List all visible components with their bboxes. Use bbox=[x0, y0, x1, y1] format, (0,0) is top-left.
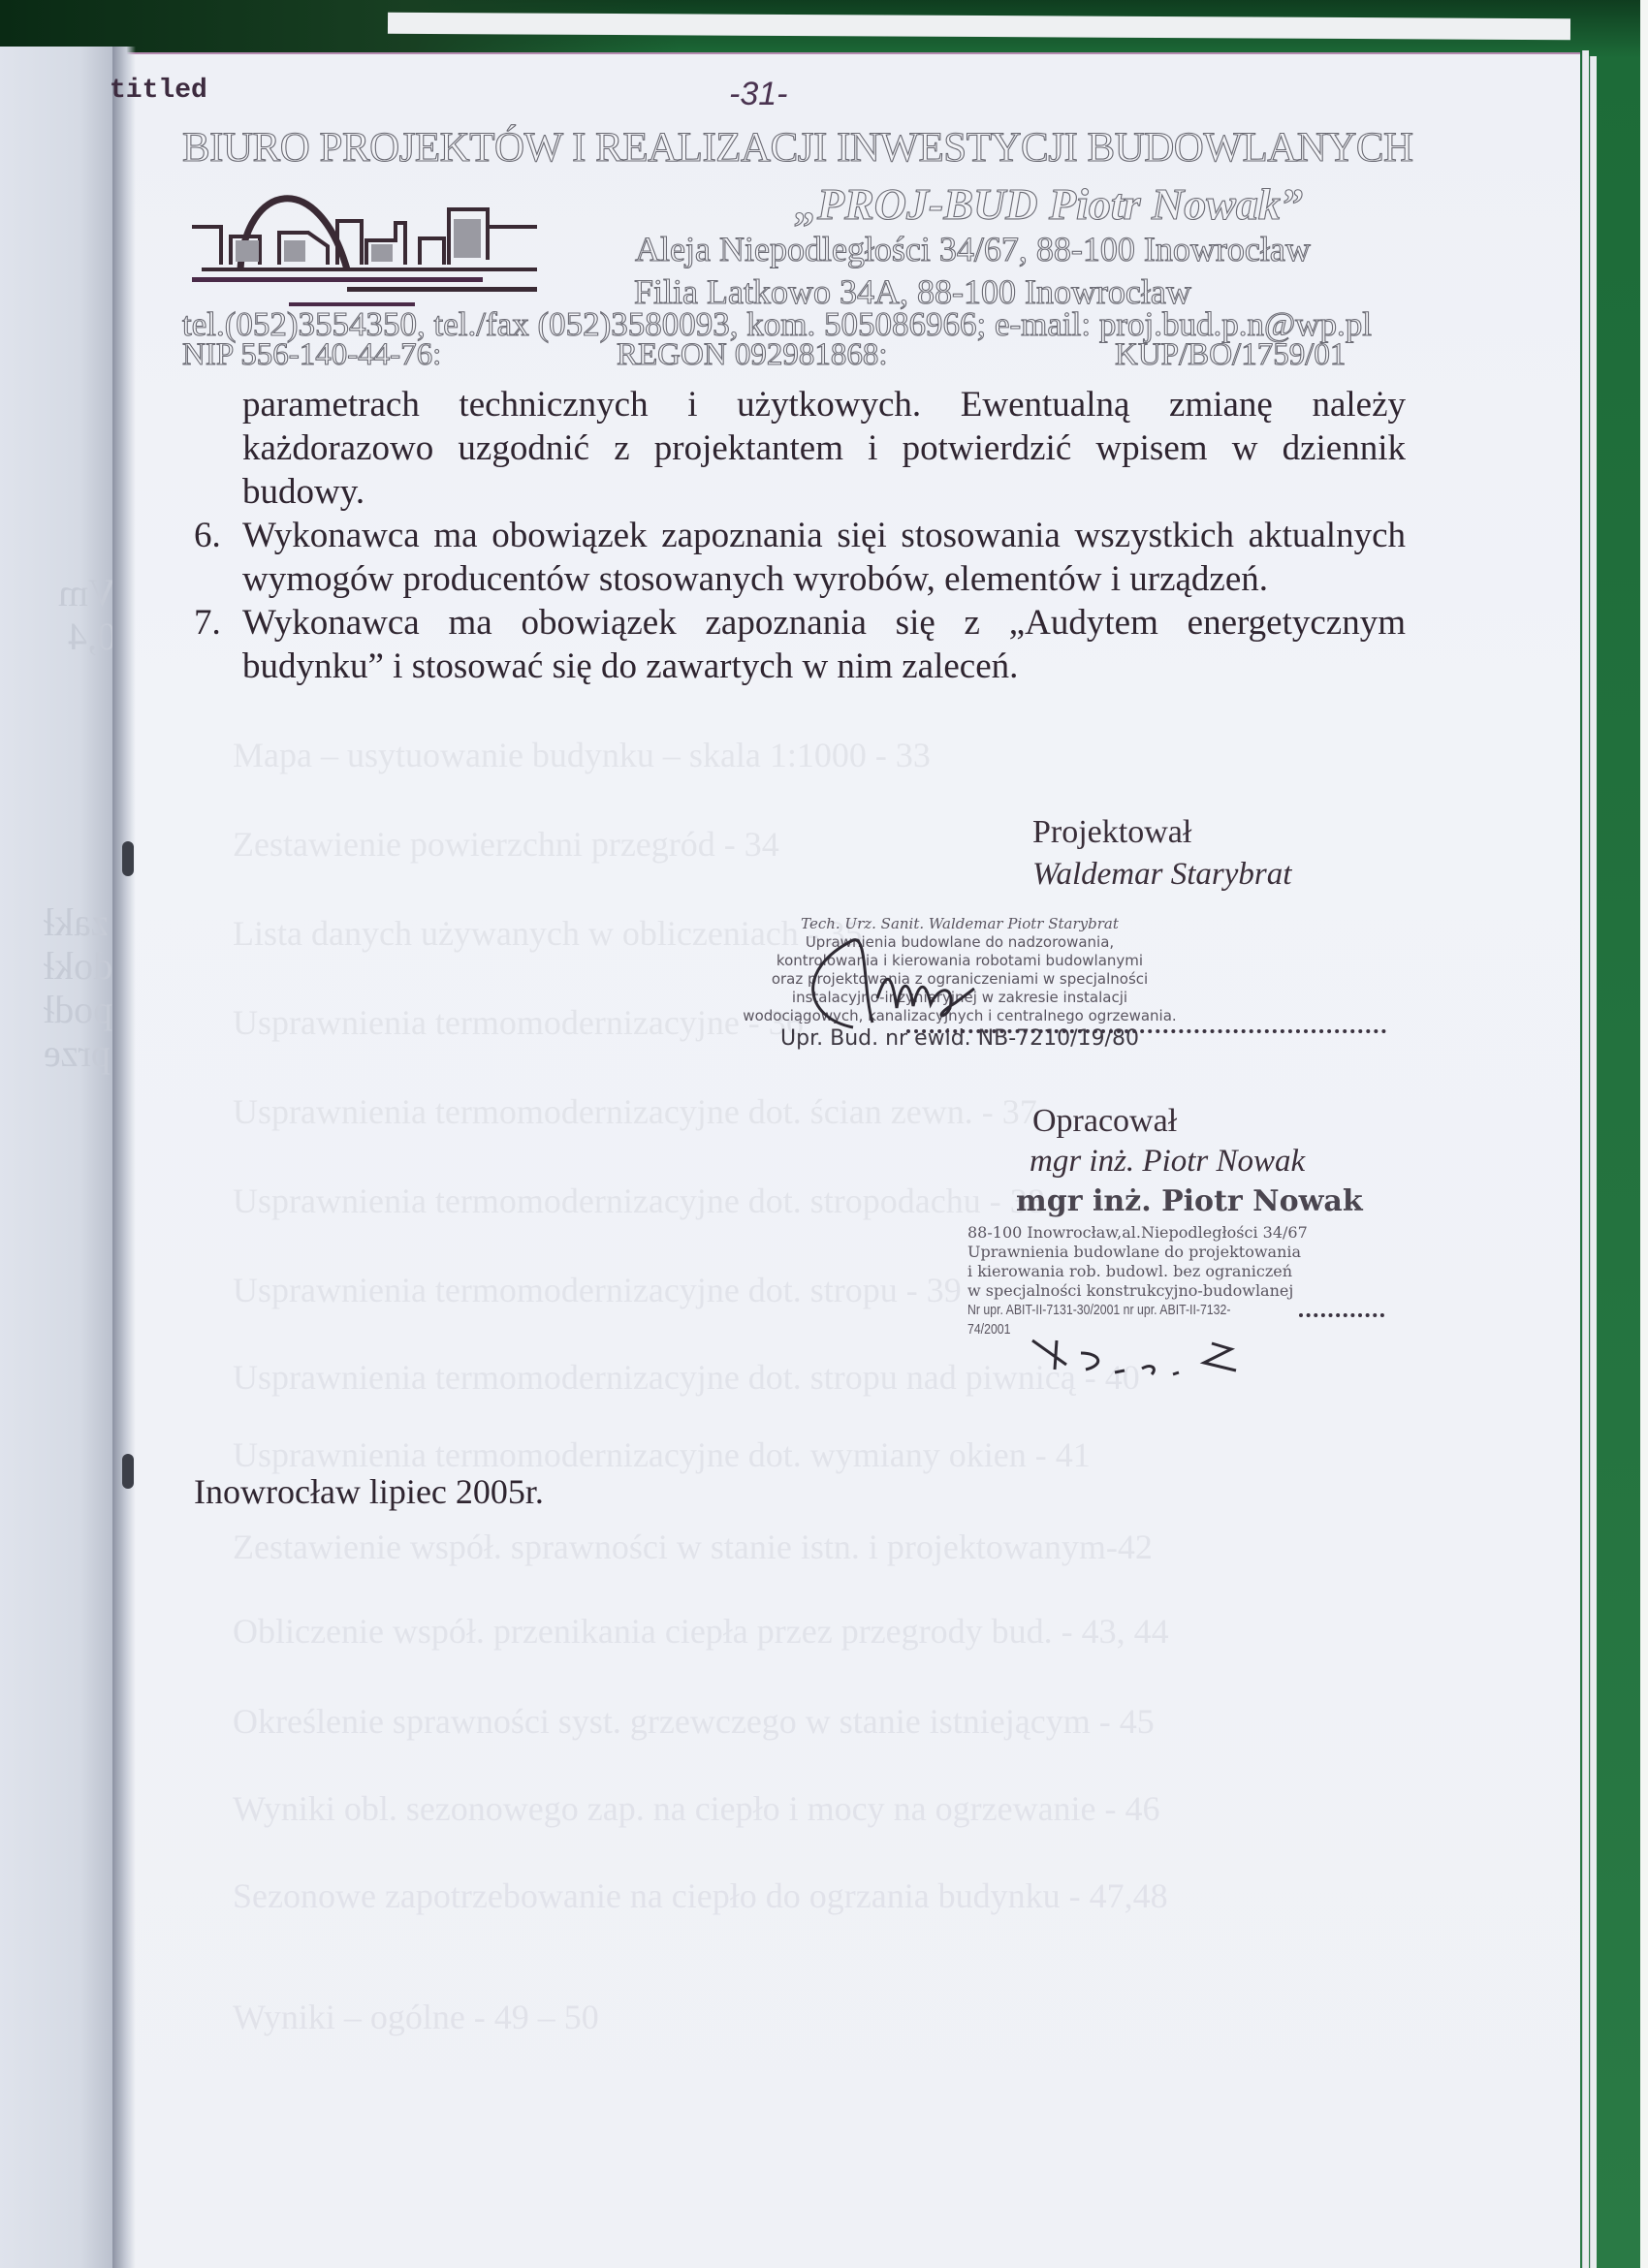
list-item-text: Wykonawca ma obowiązek zapoznania się z … bbox=[242, 601, 1406, 688]
company-full-name: BIURO PROJEKTÓW I REALIZACJI INWESTYCJI … bbox=[182, 124, 1413, 172]
list-item-text: Wykonawca ma obowiązek zapoznania sięi s… bbox=[242, 514, 1406, 601]
running-header: titled bbox=[110, 76, 207, 106]
bleed-fragment: Vm bbox=[58, 570, 116, 615]
signature-dotted-line bbox=[906, 1029, 1386, 1033]
regon-number: REGON 092981868: bbox=[617, 337, 888, 373]
bleed-fragment: podł bbox=[44, 987, 112, 1032]
preparer-stamp-heading: mgr inż. Piotr Nowak bbox=[1016, 1184, 1363, 1218]
list-item-number: 6. bbox=[194, 514, 242, 601]
previous-page-strip: Vm 0,4 zakł dokł podł prze bbox=[0, 47, 114, 2268]
page-stack-edge bbox=[1582, 50, 1589, 2268]
handwritten-signature-icon bbox=[795, 930, 1008, 1037]
preparer-stamp: 88-100 Inowrocław,al.Niepodległości 34/6… bbox=[967, 1223, 1336, 1339]
preparer-title: Opracował bbox=[1032, 1103, 1177, 1140]
firm-name: „PROJ-BUD Piotr Nowak” bbox=[795, 178, 1303, 230]
paragraph-line: budowy. bbox=[194, 470, 1406, 514]
preparer-name: mgr inż. Piotr Nowak bbox=[1030, 1144, 1305, 1180]
list-item-number: 7. bbox=[194, 601, 242, 688]
place-and-date: Inowrocław lipiec 2005r. bbox=[194, 1471, 544, 1512]
address-main: Aleja Niepodległości 34/67, 88-100 Inowr… bbox=[635, 229, 1311, 269]
scan-border bbox=[1640, 0, 1648, 2268]
building-arch-logo-icon bbox=[192, 173, 543, 318]
bleed-fragment: dokł bbox=[44, 943, 112, 989]
paragraph-line: każdorazowo uzgodnić z projektantem i po… bbox=[194, 426, 1406, 470]
nip-number: NIP 556-140-44-76: bbox=[182, 337, 441, 373]
list-item: 7. Wykonawca ma obowiązek zapoznania się… bbox=[194, 601, 1406, 688]
signature-dotted-line bbox=[1299, 1313, 1384, 1317]
bleed-fragment: 0,4 bbox=[68, 614, 116, 659]
binder-ring-icon bbox=[122, 1454, 134, 1489]
document-body: parametrach technicznych i użytkowych. E… bbox=[194, 383, 1406, 688]
page-stack-edge bbox=[1590, 56, 1597, 2268]
page-number: -31- bbox=[729, 76, 787, 113]
paragraph-line: parametrach technicznych i użytkowych. E… bbox=[194, 383, 1406, 426]
bleed-fragment: zakł bbox=[44, 899, 109, 945]
binder-ring-icon bbox=[122, 841, 134, 876]
list-item: 6. Wykonawca ma obowiązek zapoznania się… bbox=[194, 514, 1406, 601]
binding-gutter bbox=[112, 47, 136, 2268]
bleed-fragment: prze bbox=[44, 1030, 111, 1076]
designer-name: Waldemar Starybrat bbox=[1032, 857, 1291, 893]
handwritten-initials-icon bbox=[1028, 1336, 1241, 1384]
kup-number: KUP/BO/1759/01 bbox=[1115, 337, 1346, 373]
designer-title: Projektował bbox=[1032, 814, 1191, 851]
